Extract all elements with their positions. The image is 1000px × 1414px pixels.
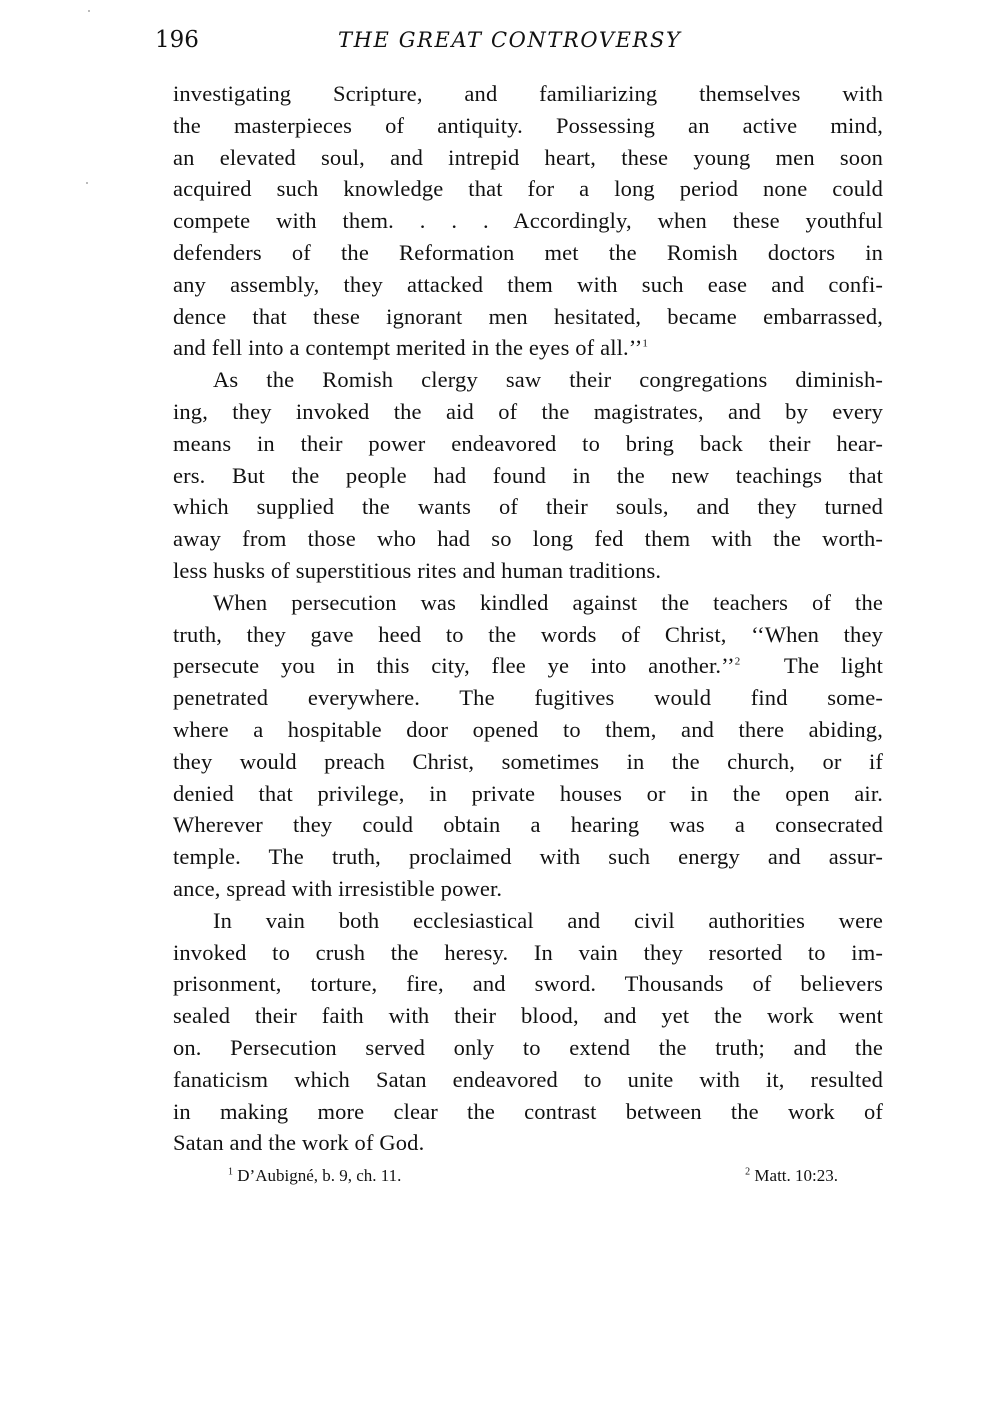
text-line: sealed their faith with their blood, and… (173, 1000, 883, 1032)
footnote-2: 2 Matt. 10:23. (745, 1166, 838, 1186)
text-line: less husks of superstitious rites and hu… (173, 555, 883, 587)
text-line: fanaticism which Satan endeavored to uni… (173, 1064, 883, 1096)
text-line: When persecution was kindled against the… (173, 587, 883, 619)
text-line: acquired such knowledge that for a long … (173, 173, 883, 205)
footnote-1: 1 D’Aubigné, b. 9, ch. 11. (228, 1166, 401, 1186)
footnote-ref-2: 2 (735, 656, 741, 668)
footnote-marker: 2 (745, 1166, 750, 1177)
text-line: an elevated soul, and intrepid heart, th… (173, 142, 883, 174)
text-line: investigating Scripture, and familiarizi… (173, 78, 883, 110)
footnote-text: D’Aubigné, b. 9, ch. 11. (237, 1166, 401, 1185)
text-line: Wherever they could obtain a hearing was… (173, 809, 883, 841)
body-text: investigating Scripture, and familiarizi… (173, 78, 883, 1159)
paragraph-3: When persecution was kindled against the… (173, 587, 883, 905)
running-head-title: THE GREAT CONTROVERSY (338, 28, 681, 52)
text-line: ance, spread with irresistible power. (173, 873, 883, 905)
text-line: truth, they gave heed to the words of Ch… (173, 619, 883, 651)
text-line: As the Romish clergy saw their congregat… (173, 364, 883, 396)
text-line: and fell into a contempt merited in the … (173, 332, 883, 364)
scan-speck (86, 182, 88, 184)
text-line: denied that privilege, in private houses… (173, 778, 883, 810)
paragraph-1: investigating Scripture, and familiarizi… (173, 78, 883, 364)
text-fragment: persecute you in this city, flee ye into… (173, 653, 735, 678)
text-line: which supplied the wants of their souls,… (173, 491, 883, 523)
paragraph-4: In vain both ecclesiastical and civil au… (173, 905, 883, 1159)
text-line: penetrated everywhere. The fugitives wou… (173, 682, 883, 714)
text-line: Satan and the work of God. (173, 1127, 883, 1159)
text-line: where a hospitable door opened to them, … (173, 714, 883, 746)
text-line: invoked to crush the heresy. In vain the… (173, 937, 883, 969)
text-line: the masterpieces of antiquity. Possessin… (173, 110, 883, 142)
text-line: defenders of the Reformation met the Rom… (173, 237, 883, 269)
text-line: on. Persecution served only to extend th… (173, 1032, 883, 1064)
text-line: compete with them. . . . Accordingly, wh… (173, 205, 883, 237)
text-line: In vain both ecclesiastical and civil au… (173, 905, 883, 937)
text-line: in making more clear the contrast betwee… (173, 1096, 883, 1128)
text-line: temple. The truth, proclaimed with such … (173, 841, 883, 873)
scan-speck (88, 10, 90, 12)
text-line: means in their power endeavored to bring… (173, 428, 883, 460)
text-line: any assembly, they attacked them with su… (173, 269, 883, 301)
text-fragment: The light (784, 653, 883, 678)
paragraph-2: As the Romish clergy saw their congregat… (173, 364, 883, 587)
text-line: dence that these ignorant men hesitated,… (173, 301, 883, 333)
text-line: ers. But the people had found in the new… (173, 460, 883, 492)
text-fragment: and fell into a contempt merited in the … (173, 335, 642, 360)
footnotes: 1 D’Aubigné, b. 9, ch. 11. 2 Matt. 10:23… (228, 1166, 838, 1186)
footnote-marker: 1 (228, 1166, 233, 1177)
text-line: persecute you in this city, flee ye into… (173, 650, 883, 682)
footnote-ref-1: 1 (642, 338, 648, 350)
text-line: ing, they invoked the aid of the magistr… (173, 396, 883, 428)
text-line: they would preach Christ, sometimes in t… (173, 746, 883, 778)
page-number: 196 (155, 27, 199, 53)
text-line: away from those who had so long fed them… (173, 523, 883, 555)
text-line: prisonment, torture, fire, and sword. Th… (173, 968, 883, 1000)
footnote-text: Matt. 10:23. (754, 1166, 838, 1185)
